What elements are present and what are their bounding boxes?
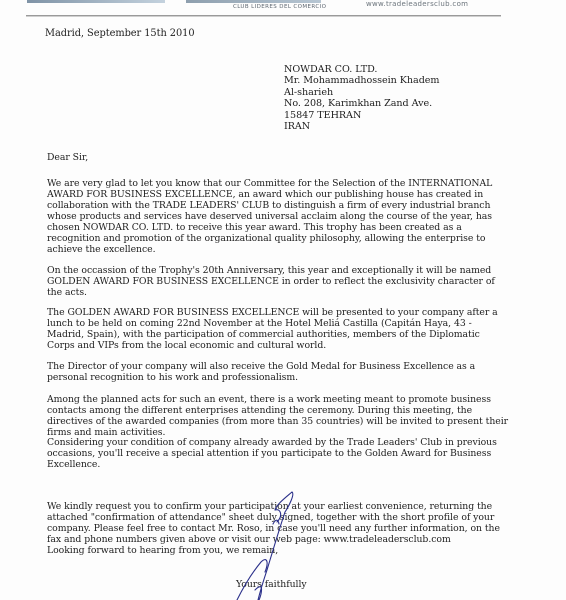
paragraph-line: Madrid, Spain), with the participation o… [47, 329, 498, 340]
letterhead-divider [26, 15, 501, 16]
paragraph-line: lunch to be held on coming 22nd November… [47, 318, 498, 329]
paragraph-work-meeting: Among the planned acts for such an event… [47, 394, 508, 438]
paragraph-line: Corps and VIPs from the local economic a… [47, 340, 498, 351]
paragraph-line: We are very glad to let you know that ou… [47, 178, 492, 189]
closing-line: Yours faithfully [236, 579, 307, 590]
recipient-country: IRAN [284, 121, 439, 132]
salutation: Dear Sir, [47, 152, 88, 163]
paragraph-line: attached "confirmation of attendance" sh… [47, 512, 500, 523]
paragraph-line: collaboration with the TRADE LEADERS' CL… [47, 200, 492, 211]
paragraph-line: GOLDEN AWARD FOR BUSINESS EXCELLENCE in … [47, 276, 495, 287]
paragraph-line: occasions, you'll receive a special atte… [47, 448, 497, 459]
letter-page: CLUB LIDERES DEL COMERCIO www.tradeleade… [0, 0, 566, 600]
paragraph-line: The Director of your company will also r… [47, 361, 475, 372]
recipient-address: NOWDAR CO. LTD. Mr. Mohammadhossein Khad… [284, 64, 439, 132]
paragraph-line: contacts among the different enterprises… [47, 405, 508, 416]
paragraph-line: fax and phone numbers given above or vis… [47, 534, 500, 545]
paragraph-line: achieve the excellence. [47, 244, 492, 255]
paragraph-special-attention: Considering your condition of company al… [47, 437, 497, 470]
paragraph-line: Looking forward to hearing from you, we … [47, 545, 500, 556]
paragraph-line: Considering your condition of company al… [47, 437, 497, 448]
paragraph-confirmation-request: We kindly request you to confirm your pa… [47, 501, 500, 556]
letter-date: Madrid, September 15th 2010 [45, 28, 195, 39]
recipient-city: 15847 TEHRAN [284, 110, 439, 121]
paragraph-line: the acts. [47, 287, 495, 298]
letterhead-bar-left [27, 0, 165, 3]
paragraph-line: personal recognition to his work and pro… [47, 372, 475, 383]
paragraph-ceremony-details: The GOLDEN AWARD FOR BUSINESS EXCELLENCE… [47, 307, 498, 351]
paragraph-line: directives of the awarded companies (fro… [47, 416, 508, 427]
paragraph-line: company. Please feel free to contact Mr.… [47, 523, 500, 534]
recipient-company: NOWDAR CO. LTD. [284, 64, 439, 75]
paragraph-award-announcement: We are very glad to let you know that ou… [47, 178, 492, 255]
letterhead-bar-middle [186, 0, 321, 3]
recipient-address-line-1: Al-sharieh [284, 87, 439, 98]
paragraph-line: On the occassion of the Trophy's 20th An… [47, 265, 495, 276]
paragraph-line: chosen NOWDAR CO. LTD. to receive this y… [47, 222, 492, 233]
recipient-address-line-2: No. 208, Karimkhan Zand Ave. [284, 98, 439, 109]
recipient-name: Mr. Mohammadhossein Khadem [284, 75, 439, 86]
paragraph-gold-medal: The Director of your company will also r… [47, 361, 475, 383]
paragraph-line: Excellence. [47, 459, 497, 470]
paragraph-line: recognition and promotion of the organiz… [47, 233, 492, 244]
letterhead-website: www.tradeleadersclub.com [366, 0, 468, 8]
paragraph-anniversary: On the occassion of the Trophy's 20th An… [47, 265, 495, 298]
paragraph-line: Among the planned acts for such an event… [47, 394, 508, 405]
letterhead-club-name: CLUB LIDERES DEL COMERCIO [233, 4, 326, 10]
paragraph-line: We kindly request you to confirm your pa… [47, 501, 500, 512]
paragraph-line: AWARD FOR BUSINESS EXCELLENCE, an award … [47, 189, 492, 200]
paragraph-line: whose products and services have deserve… [47, 211, 492, 222]
paragraph-line: The GOLDEN AWARD FOR BUSINESS EXCELLENCE… [47, 307, 498, 318]
